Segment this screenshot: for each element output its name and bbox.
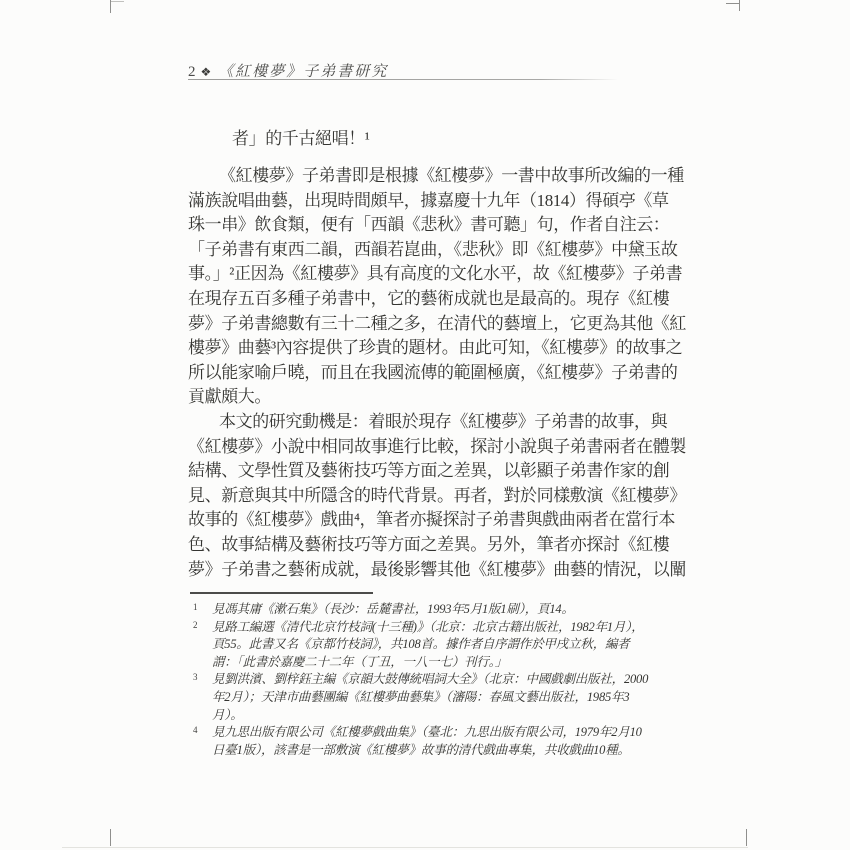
- carryover-quote-line: 者」的千古絕唱！¹: [188, 126, 680, 151]
- page-number: 2: [188, 64, 196, 80]
- body-line: 樓夢》曲藝³內容提供了珍貴的題材。由此可知，《紅樓夢》的故事之: [188, 336, 680, 361]
- footnote-line: 見九思出版有限公司《紅樓夢戲曲集》（臺北：九思出版有限公司，1979年2月10: [212, 724, 682, 742]
- footnote-line: 見馮其庸《漱石集》（長沙：岳麓書社，1993年5月1版1刷），頁14。: [212, 601, 682, 619]
- body-line: 見、新意與其中所隱含的時代背景。再者，對於同樣敷演《紅樓夢》: [188, 484, 680, 509]
- footnote-separator-rule: [190, 592, 373, 594]
- body-line: 在現存五百多種子弟書中，它的藝術成就也是最高的。現存《紅樓: [188, 287, 680, 312]
- footnote-marker: 2: [193, 620, 197, 630]
- body-line: 《紅樓夢》小說中相同故事進行比較，探討小說與子弟書兩者在體製: [188, 435, 680, 460]
- body-line: 本文的研究動機是：着眼於現存《紅樓夢》子弟書的故事，與: [188, 410, 680, 435]
- body-line: 所以能家喻戶曉，而且在我國流傳的範圍極廣，《紅樓夢》子弟書的: [188, 361, 680, 386]
- crop-mark-bottom-left: [110, 829, 111, 846]
- body-line: 夢》子弟書之藝術成就，最後影響其他《紅樓夢》曲藝的情況，以闡: [188, 558, 680, 583]
- footnote-line: 見路工編選《清代北京竹枝詞(十三種)》（北京：北京古籍出版社，1982年1月），: [212, 619, 682, 637]
- footnote: 2見路工編選《清代北京竹枝詞(十三種)》（北京：北京古籍出版社，1982年1月）…: [212, 619, 682, 672]
- running-header-title: 《紅樓夢》子弟書研究: [218, 64, 388, 80]
- crop-mark-top-right-arm: [726, 3, 740, 4]
- footnote-line: 日臺1版），該書是一部敷演《紅樓夢》故事的清代戲曲專集，共收戲曲10種。: [212, 742, 682, 760]
- footnote-marker: 4: [193, 725, 197, 735]
- footnote-line: 謂：「此書於嘉慶二十二年（丁丑，一八一七）刊行。」: [212, 654, 682, 672]
- footnote-line: 見劉洪濱、劉梓鈺主編《京韻大鼓傳統唱詞大全》（北京：中國戲劇出版社，2000: [212, 671, 682, 689]
- body-line: 事。」²正因為《紅樓夢》具有高度的文化水平，故《紅樓夢》子弟書: [188, 262, 680, 287]
- header-rule: [188, 79, 618, 80]
- body-line: 故事的《紅樓夢》戲曲⁴，筆者亦擬探討子弟書與戲曲兩者在當行本: [188, 508, 680, 533]
- body-line: 「子弟書有東西二韻，西韻若崑曲，《悲秋》即《紅樓夢》中黛玉故: [188, 238, 680, 263]
- body-line: 《紅樓夢》子弟書即是根據《紅樓夢》一書中故事所改編的一種: [188, 164, 680, 189]
- body-line: 貢獻頗大。: [188, 385, 680, 410]
- crop-mark-top-left-arm: [110, 1, 124, 2]
- body-text: 者」的千古絕唱！¹ 《紅樓夢》子弟書即是根據《紅樓夢》一書中故事所改編的一種滿族…: [188, 126, 680, 582]
- crop-mark-top-right: [739, 0, 740, 11]
- scanned-book-page: 2❖《紅樓夢》子弟書研究 者」的千古絕唱！¹ 《紅樓夢》子弟書即是根據《紅樓夢》…: [0, 0, 850, 850]
- crop-mark-bottom-right: [746, 829, 747, 846]
- footnote-line: 頁55。此書又名《京都竹枝詞》，共108首。據作者自序謂作於甲戌立秋，編者: [212, 636, 682, 654]
- paragraph: 《紅樓夢》子弟書即是根據《紅樓夢》一書中故事所改編的一種滿族說唱曲藝，出現時間頗…: [188, 164, 680, 410]
- body-line: 夢》子弟書總數有三十二種之多，在清代的藝壇上，它更為其他《紅: [188, 312, 680, 337]
- footnote-line: 年2月）；天津市曲藝團編《紅樓夢曲藝集》（瀋陽：春風文藝出版社，1985年3: [212, 689, 682, 707]
- body-line: 滿族說唱曲藝，出現時間頗早，據嘉慶十九年（1814）得碩亭《草: [188, 189, 680, 214]
- footnote-marker: 3: [193, 672, 197, 682]
- body-line: 結構、文學性質及藝術技巧等方面之差異，以彰顯子弟書作家的創: [188, 459, 680, 484]
- body-line: 珠一串》飲食類，便有「西韻《悲秋》書可聽」句，作者自注云：: [188, 213, 680, 238]
- paragraphs: 《紅樓夢》子弟書即是根據《紅樓夢》一書中故事所改編的一種滿族說唱曲藝，出現時間頗…: [188, 164, 680, 582]
- running-header: 2❖《紅樓夢》子弟書研究: [188, 60, 663, 81]
- footnote: 1見馮其庸《漱石集》（長沙：岳麓書社，1993年5月1版1刷），頁14。: [212, 601, 682, 619]
- footnote-line: 月）。: [212, 707, 682, 725]
- paragraph: 本文的研究動機是：着眼於現存《紅樓夢》子弟書的故事，與《紅樓夢》小說中相同故事進…: [188, 410, 680, 582]
- scan-edge-artifact: [62, 847, 748, 848]
- footnote: 3見劉洪濱、劉梓鈺主編《京韻大鼓傳統唱詞大全》（北京：中國戲劇出版社，2000年…: [212, 671, 682, 724]
- footnote: 4見九思出版有限公司《紅樓夢戲曲集》（臺北：九思出版有限公司，1979年2月10…: [212, 724, 682, 759]
- body-line: 色、故事結構及藝術技巧等方面之差異。另外，筆者亦探討《紅樓: [188, 533, 680, 558]
- footnotes: 1見馮其庸《漱石集》（長沙：岳麓書社，1993年5月1版1刷），頁14。2見路工…: [212, 601, 682, 759]
- diamond-ornament-icon: ❖: [201, 65, 214, 79]
- footnote-marker: 1: [193, 602, 197, 612]
